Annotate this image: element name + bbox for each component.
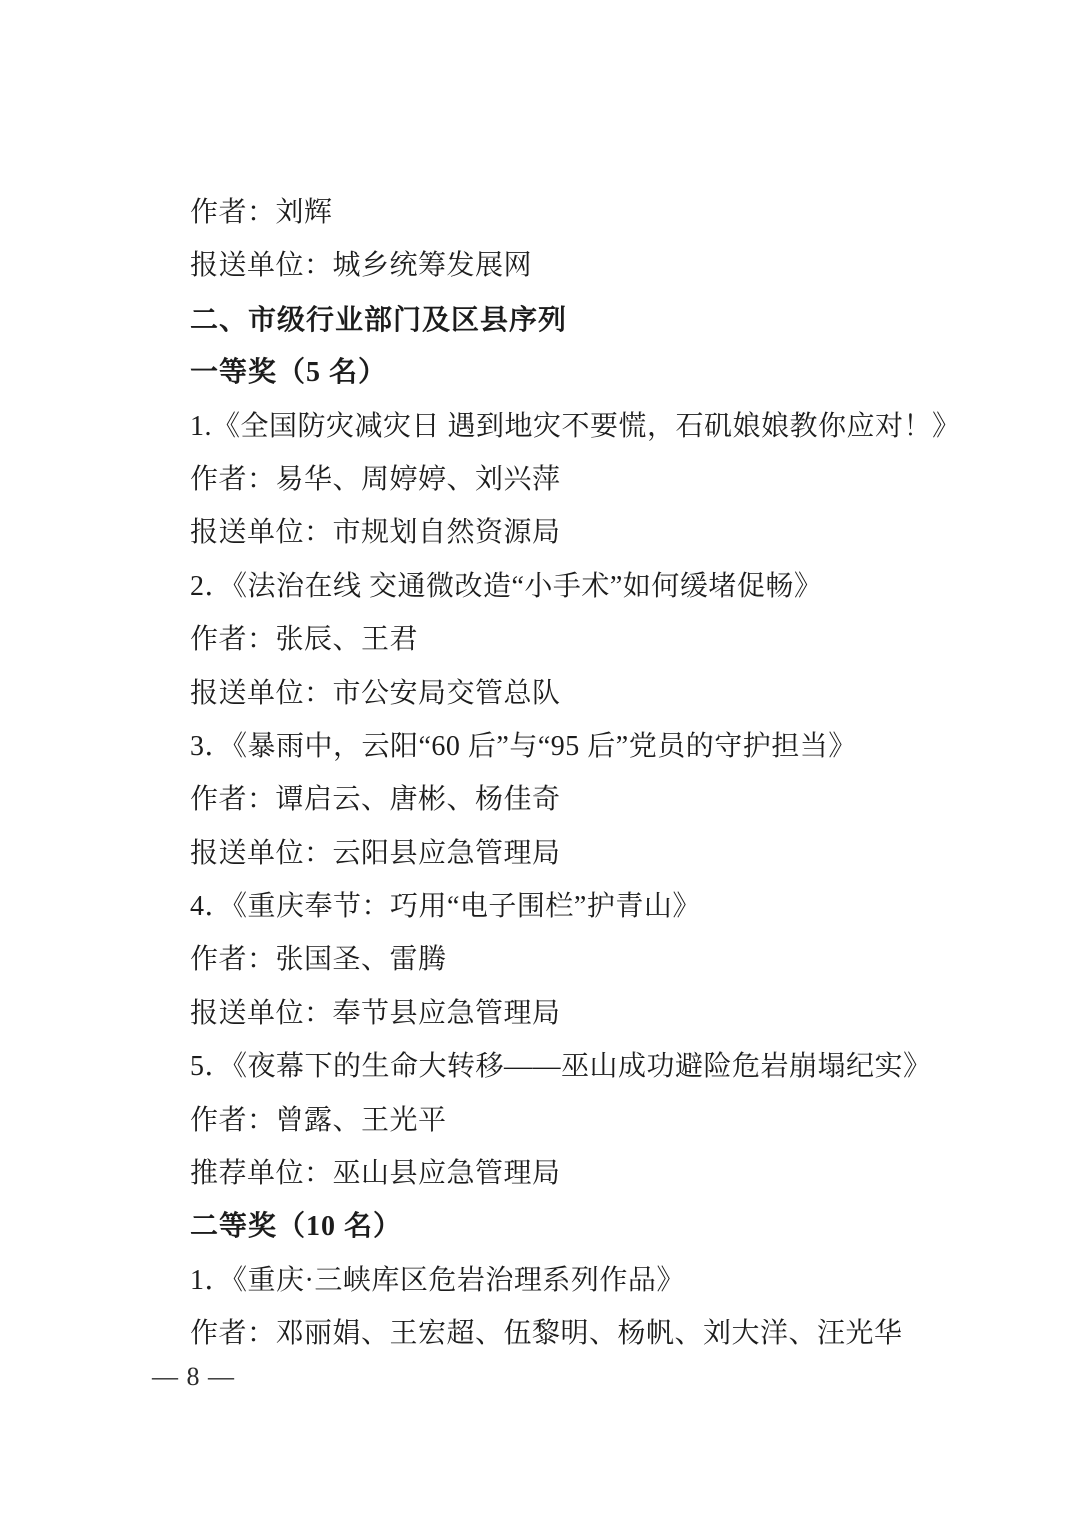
award-entry-submitter: 推荐单位：巫山县应急管理局 bbox=[190, 1147, 990, 1200]
award-entry-author: 作者：邓丽娟、王宏超、伍黎明、杨帆、刘大洋、汪光华 bbox=[190, 1307, 990, 1360]
award-entry-title: 2．《法治在线 交通微改造“小手术”如何缓堵促畅》 bbox=[190, 560, 990, 613]
award-entry-submitter: 报送单位：市规划自然资源局 bbox=[190, 506, 990, 559]
document-content: 作者：刘辉 报送单位：城乡统筹发展网 二、市级行业部门及区县序列 一等奖（5 名… bbox=[190, 186, 990, 1361]
award-entry-title: 1．《重庆·三峡库区危岩治理系列作品》 bbox=[190, 1254, 990, 1307]
award-entry-title: 4．《重庆奉节：巧用“电子围栏”护青山》 bbox=[190, 880, 990, 933]
award-entry-title: 3．《暴雨中，云阳“60 后”与“95 后”党员的守护担当》 bbox=[190, 720, 990, 773]
first-prize-heading: 一等奖（5 名） bbox=[190, 346, 990, 399]
page-number: — 8 — bbox=[152, 1360, 235, 1394]
award-entry-submitter: 报送单位：奉节县应急管理局 bbox=[190, 987, 990, 1040]
award-entry-submitter: 报送单位：市公安局交管总队 bbox=[190, 667, 990, 720]
section-heading: 二、市级行业部门及区县序列 bbox=[190, 293, 990, 346]
award-entry-author: 作者：曾露、王光平 bbox=[190, 1094, 990, 1147]
award-entry-title: 5．《夜幕下的生命大转移——巫山成功避险危岩崩塌纪实》 bbox=[190, 1040, 990, 1093]
award-entry-author: 作者：张国圣、雷腾 bbox=[190, 933, 990, 986]
award-entry-author: 作者：张辰、王君 bbox=[190, 613, 990, 666]
award-entry-title: 1.《全国防灾减灾日 遇到地灾不要慌，石矶娘娘教你应对！》 bbox=[190, 400, 990, 453]
award-entry-author: 作者：谭启云、唐彬、杨佳奇 bbox=[190, 773, 990, 826]
prev-entry-submitter: 报送单位：城乡统筹发展网 bbox=[190, 239, 990, 292]
prev-entry-author: 作者：刘辉 bbox=[190, 186, 990, 239]
award-entry-submitter: 报送单位：云阳县应急管理局 bbox=[190, 827, 990, 880]
award-entry-author: 作者：易华、周婷婷、刘兴萍 bbox=[190, 453, 990, 506]
second-prize-heading: 二等奖（10 名） bbox=[190, 1200, 990, 1253]
document-page: 作者：刘辉 报送单位：城乡统筹发展网 二、市级行业部门及区县序列 一等奖（5 名… bbox=[0, 0, 1074, 1520]
